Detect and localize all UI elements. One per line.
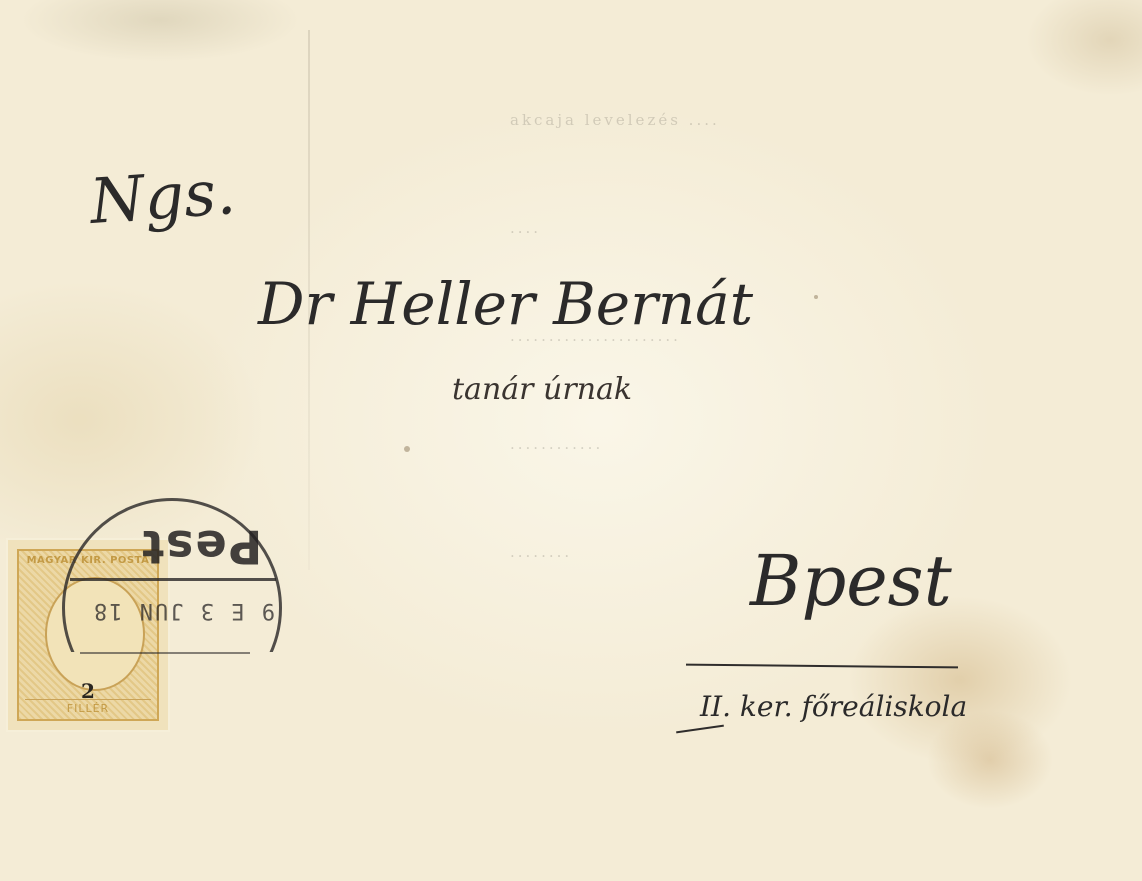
recipient-title: tanár úrnak bbox=[452, 372, 632, 407]
stamp-currency: FILLÉR bbox=[25, 699, 151, 715]
postmark-date: 9 E 3 JUN 18 bbox=[92, 598, 275, 623]
postmark-bar bbox=[70, 578, 276, 581]
postmark-city: Pest bbox=[140, 520, 262, 574]
bleed-through-text: akcaja levelezés .... .... .............… bbox=[510, 30, 830, 270]
recipient-city: Bpest bbox=[750, 540, 952, 622]
postmark-bar bbox=[80, 652, 250, 654]
recipient-district: II. ker. főreáliskola bbox=[700, 690, 967, 723]
paper-speck bbox=[814, 295, 818, 299]
paper-speck bbox=[404, 446, 410, 452]
salutation: Ngs. bbox=[88, 155, 238, 238]
recipient-name: Dr Heller Bernát bbox=[258, 270, 753, 338]
